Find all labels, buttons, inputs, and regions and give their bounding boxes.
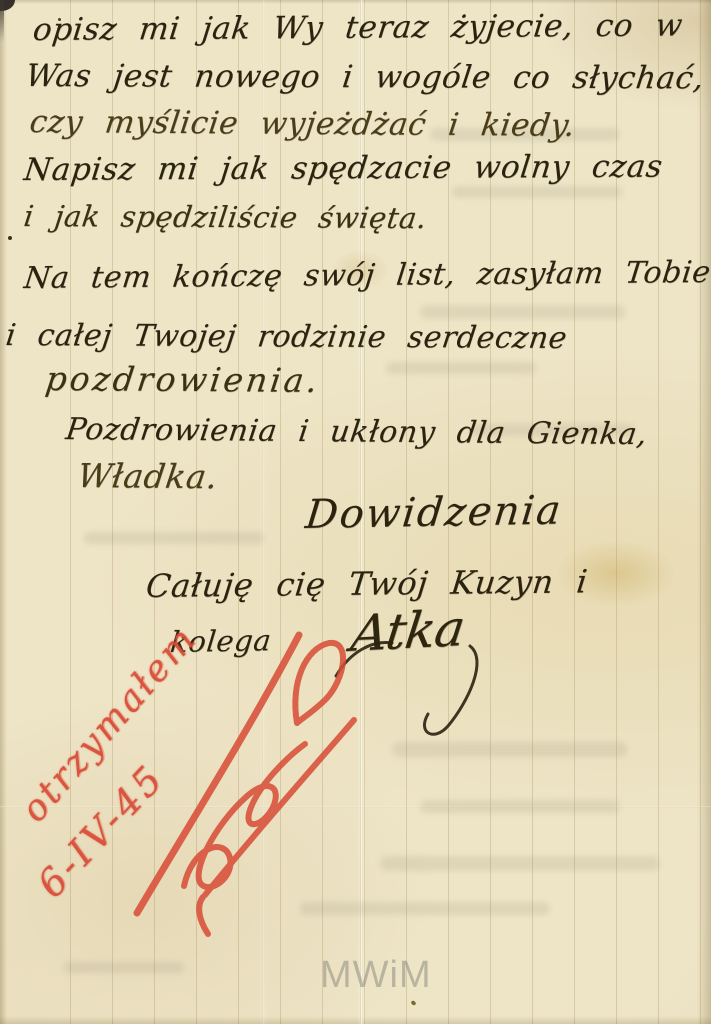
bleedthrough-smudge	[392, 742, 627, 757]
watermark: MWiM	[320, 956, 432, 994]
bleedthrough-smudge	[300, 902, 550, 915]
bleedthrough-smudge	[380, 856, 660, 871]
bleedthrough-smudge	[84, 532, 264, 544]
letter-line-1: opisz mi jak Wy teraz żyjecie, co w	[31, 9, 684, 46]
letter-line-6: Na tem kończę swój list, zasyłam Tobie	[22, 257, 711, 294]
bleedthrough-smudge	[64, 962, 184, 973]
top-edge-shadow	[0, 0, 711, 4]
letter-line-3: czy myślicie wyjeżdżać i kiedy.	[28, 106, 577, 142]
left-edge-shadow	[0, 0, 7, 1024]
letter-line-10: Władka.	[75, 459, 220, 495]
right-edge-shadow	[697, 0, 711, 1024]
letter-line-7: i całej Twojej rodzinie serdeczne	[4, 320, 569, 354]
letter-line-11: Dowidzenia	[304, 490, 565, 536]
letter-line-8: pozdrowienia.	[44, 362, 323, 399]
bleedthrough-smudge	[420, 305, 625, 319]
bleedthrough-smudge	[386, 362, 536, 374]
letter-line-2: Was jest nowego i wogóle co słychać,	[24, 60, 706, 95]
letter-page: opisz mi jak Wy teraz żyjecie, co w Was …	[0, 0, 711, 1024]
paper-speck	[410, 1000, 416, 1006]
bottom-edge-shadow	[0, 1016, 711, 1024]
letter-line-5: i jak spędziliście święta.	[22, 201, 429, 234]
bleedthrough-smudge	[452, 186, 622, 198]
ink-signature: Atka	[348, 603, 467, 659]
letter-line-4: Napisz mi jak spędzacie wolny czas	[22, 151, 664, 187]
top-left-edge-strip	[0, 0, 4, 42]
letter-line-9: Pozdrowienia i ukłony dla Gienka,	[64, 414, 649, 451]
ink-dot	[8, 236, 12, 240]
